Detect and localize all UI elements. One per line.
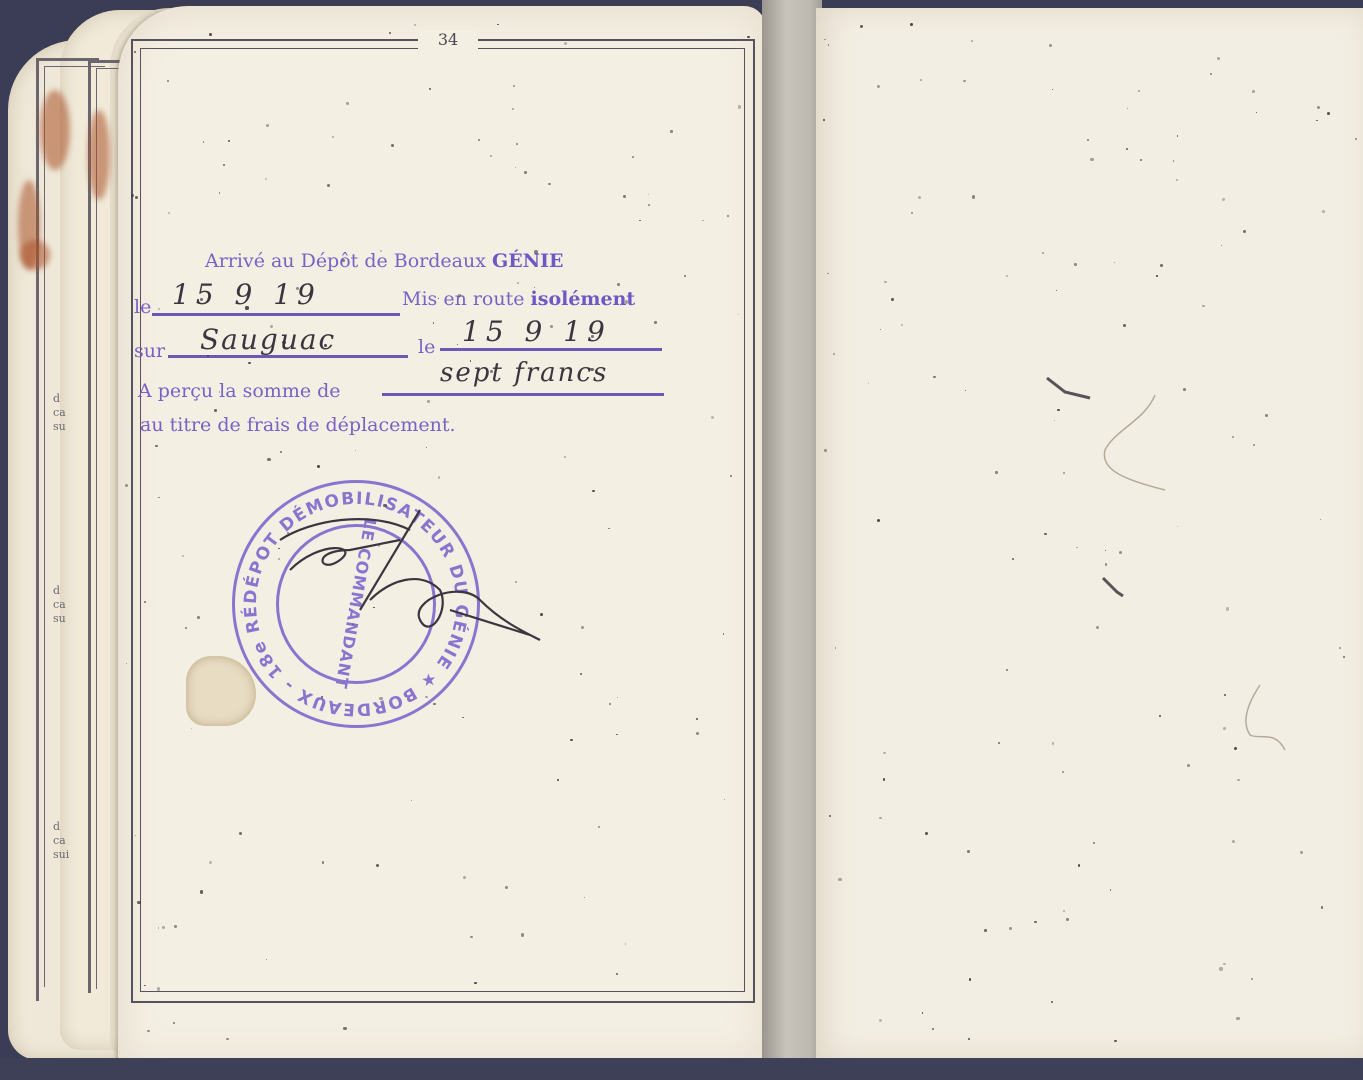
paper-speck	[639, 220, 640, 221]
paper-speck	[824, 39, 825, 40]
paper-speck	[497, 24, 499, 26]
paper-speck	[126, 663, 127, 664]
paper-speck	[200, 890, 203, 893]
paper-speck	[245, 343, 246, 344]
paper-speck	[824, 449, 826, 451]
stamp-arrival-label: Arrivé au Dépôt de Bordeaux	[205, 250, 486, 272]
fill-line	[440, 348, 662, 351]
paper-speck	[925, 832, 928, 835]
paper-speck	[1090, 158, 1093, 161]
paper-speck	[516, 143, 518, 145]
paper-speck	[1202, 305, 1204, 307]
fill-line	[382, 393, 664, 396]
handwritten-departure-date: 15 9 19	[462, 315, 611, 348]
paper-speck	[1226, 607, 1229, 610]
paper-speck	[1322, 210, 1325, 213]
paper-speck	[723, 633, 724, 634]
paper-speck	[226, 1038, 228, 1040]
page-number: 34	[418, 30, 478, 49]
paper-speck	[1251, 978, 1253, 980]
paper-speck	[1042, 252, 1044, 254]
paper-speck	[280, 451, 282, 453]
paper-speck	[592, 490, 594, 492]
paper-speck	[617, 283, 620, 286]
paper-speck	[137, 901, 140, 904]
paper-speck	[590, 368, 593, 371]
paper-speck	[134, 51, 136, 53]
paper-speck	[1252, 90, 1254, 92]
paper-speck	[470, 360, 471, 361]
stamp-line-1: Arrivé au Dépôt de Bordeaux GÉNIE	[205, 250, 563, 272]
rust-stain	[40, 90, 70, 170]
paper-speck	[1006, 669, 1007, 670]
paper-speck	[1265, 414, 1268, 417]
paper-speck	[1183, 388, 1186, 391]
paper-speck	[727, 215, 729, 217]
paper-speck	[433, 322, 434, 323]
paper-speck	[1140, 159, 1142, 161]
paper-speck	[135, 196, 138, 199]
paper-speck	[1300, 851, 1303, 854]
paper-speck	[125, 484, 128, 487]
paper-speck	[228, 140, 230, 142]
paper-speck	[265, 178, 267, 180]
paper-speck	[282, 341, 285, 344]
paper-speck	[1222, 198, 1225, 201]
paper-speck	[1105, 563, 1108, 566]
paper-speck	[248, 362, 250, 364]
paper-speck	[918, 196, 921, 199]
paper-speck	[879, 817, 882, 820]
paper-speck	[995, 471, 997, 473]
paper-speck	[580, 673, 582, 675]
paper-speck	[158, 927, 159, 928]
paper-speck	[972, 195, 975, 198]
paper-speck	[458, 294, 460, 296]
stamp-line-4: A perçu la somme de	[138, 380, 341, 402]
paper-speck	[167, 80, 169, 82]
mis-en-route-label: Mis en route	[402, 288, 524, 310]
paper-speck	[1009, 927, 1012, 930]
paper-speck	[174, 925, 176, 927]
paper-speck	[883, 778, 885, 780]
ink-mark	[1095, 570, 1155, 630]
fill-line	[152, 313, 400, 316]
stamp-genie: GÉNIE	[492, 250, 563, 272]
paper-speck	[696, 732, 699, 735]
stamp-le-label-2: le	[418, 336, 435, 358]
paper-speck	[182, 555, 184, 557]
paper-speck	[548, 183, 550, 185]
margin-text-fragment: dcasu	[53, 584, 66, 626]
paper-speck	[901, 324, 903, 326]
paper-speck	[557, 779, 559, 781]
scan-bottom-edge	[0, 1058, 1363, 1080]
paper-speck	[1223, 963, 1226, 966]
paper-speck	[1062, 771, 1064, 773]
paper-crease	[1230, 680, 1300, 760]
paper-speck	[1210, 73, 1212, 75]
paper-speck	[1006, 275, 1008, 277]
paper-speck	[1057, 409, 1059, 411]
paper-speck	[1237, 779, 1240, 782]
paper-speck	[827, 273, 828, 274]
paper-speck	[654, 321, 657, 324]
paper-speck	[342, 259, 345, 262]
paper-speck	[1173, 160, 1175, 162]
paper-speck	[478, 139, 480, 141]
paper-speck	[391, 144, 394, 147]
paper-speck	[1051, 1001, 1053, 1003]
paper-speck	[266, 959, 267, 960]
paper-speck	[933, 376, 936, 379]
paper-speck	[287, 532, 289, 534]
paper-speck	[648, 204, 650, 206]
paper-speck	[534, 287, 535, 288]
paper-speck	[158, 497, 159, 498]
paper-speck	[724, 799, 725, 800]
paper-speck	[1054, 420, 1055, 421]
paper-speck	[534, 250, 537, 253]
paper-speck	[540, 613, 543, 616]
paper-speck	[343, 1027, 346, 1030]
paper-speck	[383, 504, 386, 507]
paper-speck	[599, 379, 600, 380]
rust-stain	[88, 110, 110, 200]
paper-speck	[157, 987, 160, 990]
paper-speck	[884, 281, 886, 283]
paper-speck	[411, 800, 412, 801]
handwritten-amount: sept francs	[440, 358, 608, 388]
paper-speck	[550, 325, 553, 328]
book-gutter	[762, 0, 822, 1060]
paper-speck	[155, 445, 158, 448]
paper-speck	[1234, 747, 1237, 750]
paper-speck	[971, 40, 973, 42]
paper-speck	[131, 194, 134, 197]
paper-speck	[1217, 57, 1220, 60]
stamp-line-5: au titre de frais de déplacement.	[140, 414, 456, 436]
rust-stain	[20, 240, 50, 270]
paper-speck	[984, 929, 987, 932]
stamp-le-label: le	[134, 296, 151, 318]
isolement-label: isolément	[531, 288, 636, 310]
paper-speck	[209, 861, 212, 864]
paper-speck	[828, 44, 830, 46]
paper-speck	[1232, 840, 1235, 843]
paper-speck	[1159, 715, 1161, 717]
signature	[250, 500, 550, 660]
paper-speck	[322, 861, 324, 863]
paper-speck	[860, 25, 862, 27]
paper-speck	[1138, 90, 1140, 92]
paper-speck	[1160, 264, 1163, 267]
paper-speck	[616, 973, 618, 975]
paper-speck	[1223, 727, 1225, 729]
paper-speck	[1066, 918, 1068, 920]
paper-speck	[1253, 444, 1254, 445]
paper-speck	[427, 400, 429, 402]
paper-speck	[911, 212, 913, 214]
paper-speck	[168, 212, 170, 214]
paper-speck	[1219, 967, 1222, 970]
paper-speck	[879, 1019, 882, 1022]
paper-speck	[270, 325, 273, 328]
paper-speck	[1317, 106, 1320, 109]
paper-speck	[429, 88, 430, 89]
paper-speck	[380, 250, 382, 252]
margin-text-fragment: dcasui	[53, 820, 69, 862]
stamp-line-2-suffix: Mis en route isolément	[402, 288, 635, 310]
paper-crease	[1085, 390, 1185, 500]
stamp-sur-label: sur	[134, 340, 165, 362]
paper-speck	[1063, 910, 1065, 912]
paper-speck	[738, 105, 741, 108]
paper-speck	[425, 696, 427, 698]
paper-speck	[670, 130, 672, 132]
paper-speck	[1126, 148, 1128, 150]
paper-speck	[147, 1030, 149, 1032]
paper-speck	[1056, 290, 1057, 291]
paper-speck	[1074, 263, 1077, 266]
paper-speck	[920, 79, 922, 81]
paper-speck	[632, 156, 634, 158]
paper-speck	[584, 897, 585, 898]
paper-speck	[747, 36, 749, 38]
paper-speck	[524, 171, 527, 174]
paper-speck	[185, 627, 187, 629]
paper-speck	[1156, 275, 1158, 277]
paper-speck	[702, 220, 704, 222]
paper-speck	[245, 306, 248, 309]
paper-speck	[1114, 1040, 1117, 1043]
handwritten-place: Sauguac	[200, 323, 336, 356]
paper-speck	[521, 933, 524, 936]
right-page-blank	[816, 8, 1363, 1060]
paper-speck	[730, 475, 731, 476]
paper-speck	[1327, 112, 1330, 115]
paper-speck	[564, 456, 566, 458]
paper-speck	[711, 416, 714, 419]
paper-speck	[147, 421, 148, 422]
paper-speck	[278, 548, 280, 550]
margin-text-fragment: dcasu	[53, 392, 66, 434]
